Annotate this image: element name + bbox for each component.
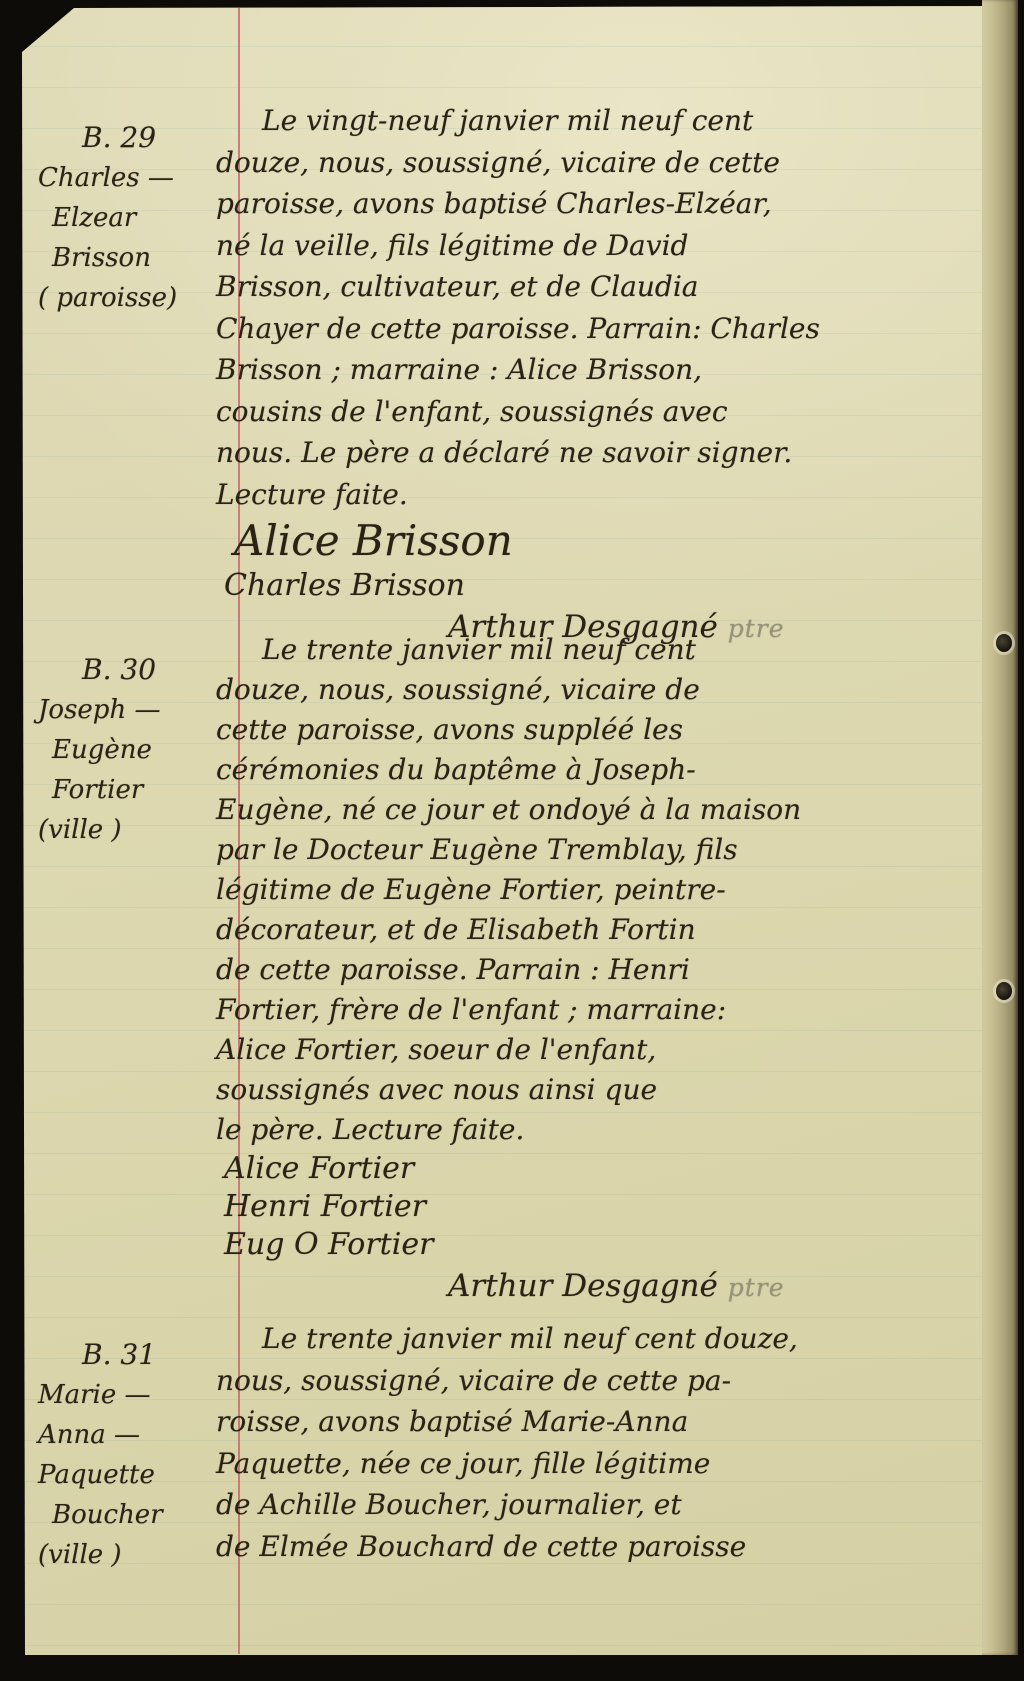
signature: Alice Brisson [216,515,1006,567]
record-line: Fortier, frère de l'enfant ; marraine: [216,990,1006,1030]
record-line: décorateur, et de Elisabeth Fortin [216,910,1006,950]
record-number: B. 31 [38,1335,228,1375]
record-name-line: Paquette [38,1455,228,1495]
record-number: B. 29 [38,118,228,158]
record-line: douze, nous, soussigné, vicaire de [216,670,1006,710]
record-line: douze, nous, soussigné, vicaire de cette [216,142,1006,184]
record-line: né la veille, fils légitime de David [216,225,1006,267]
record-line: roisse, avons baptisé Marie-Anna [216,1401,1006,1443]
record-line: Alice Fortier, soeur de l'enfant, [216,1030,1006,1070]
photographed-register-page: { "page": { "paper_color": "#dcd7ae", "b… [0,0,1024,1681]
record-name-line: Brisson [38,238,228,278]
officiant-name: Arthur Desgagné [448,1268,718,1304]
record-line: soussignés avec nous ainsi que [216,1070,1006,1110]
record-line: Eugène, né ce jour et ondoyé à la maison [216,790,1006,830]
record-line: par le Docteur Eugène Tremblay, fils [216,830,1006,870]
record-body: Le trente janvier mil neuf cent douze, n… [216,1318,1006,1567]
handwritten-text-layer: B. 29 Charles — Elzear Brisson ( paroiss… [0,0,1024,1681]
record-name-line: Elzear [38,198,228,238]
record-line: nous. Le père a déclaré ne savoir signer… [216,432,1006,474]
record-line: légitime de Eugène Fortier, peintre- [216,870,1006,910]
record-place-line: (ville ) [38,1535,228,1575]
record-line: de Elmée Bouchard de cette paroisse [216,1526,1006,1568]
signature: Eug O Fortier [216,1226,1006,1264]
record-line: cette paroisse, avons suppléé les [216,710,1006,750]
record-name-line: Eugène [38,730,228,770]
record-line: le père. Lecture faite. [216,1110,1006,1150]
record-name-line: Boucher [38,1495,228,1535]
signature: Alice Fortier [216,1150,1006,1188]
entry-margin-annotation: B. 31 Marie — Anna — Paquette Boucher (v… [38,1335,228,1575]
record-line: Brisson ; marraine : Alice Brisson, [216,349,1006,391]
record-body: Le vingt-neuf janvier mil neuf cent douz… [216,100,1006,651]
record-name-line: Anna — [38,1415,228,1455]
record-place-line: (ville ) [38,810,228,850]
officiant-title: ptre [728,1273,785,1302]
record-line: de Achille Boucher, journalier, et [216,1484,1006,1526]
record-name-line: Fortier [38,770,228,810]
record-line: nous, soussigné, vicaire de cette pa- [216,1360,1006,1402]
signature: Henri Fortier [216,1188,1006,1226]
record-line: paroisse, avons baptisé Charles-Elzéar, [216,183,1006,225]
record-body: Le trente janvier mil neuf cent douze, n… [216,630,1006,1310]
record-line: Paquette, née ce jour, fille légitime [216,1443,1006,1485]
record-name-line: Charles — [38,158,228,198]
entry-margin-annotation: B. 30 Joseph — Eugène Fortier (ville ) [38,650,228,850]
record-name-line: Marie — [38,1375,228,1415]
record-line: Chayer de cette paroisse. Parrain: Charl… [216,308,1006,350]
record-line: Le vingt-neuf janvier mil neuf cent [216,100,1006,142]
record-line: de cette paroisse. Parrain : Henri [216,950,1006,990]
record-line: Le trente janvier mil neuf cent [216,630,1006,670]
signature: Charles Brisson [216,567,1006,605]
record-name-line: Joseph — [38,690,228,730]
record-line: cérémonies du baptême à Joseph- [216,750,1006,790]
entry-margin-annotation: B. 29 Charles — Elzear Brisson ( paroiss… [38,118,228,318]
record-line: cousins de l'enfant, soussignés avec [216,391,1006,433]
officiant-signature: Arthur Desgagné ptre [216,1264,1006,1310]
record-line: Brisson, cultivateur, et de Claudia [216,266,1006,308]
record-place-line: ( paroisse) [38,278,228,318]
record-line: Lecture faite. [216,474,1006,516]
record-number: B. 30 [38,650,228,690]
record-line: Le trente janvier mil neuf cent douze, [216,1318,1006,1360]
